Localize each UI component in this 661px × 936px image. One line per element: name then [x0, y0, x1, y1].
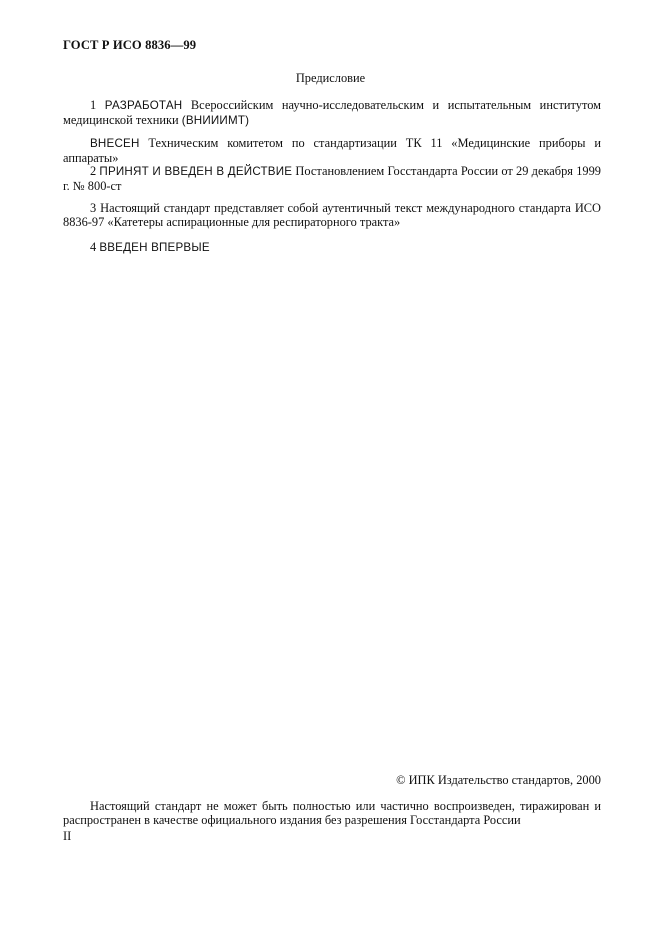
section-first-introduced: 4 ВВЕДЕН ВПЕРВЫЕ: [63, 240, 601, 255]
section-text: Настоящий стандарт представляет собой ау…: [63, 201, 601, 229]
section-number: 3: [90, 201, 96, 215]
section-submitted-by: ВНЕСЕН Техническим комитетом по стандарт…: [63, 136, 601, 165]
section-text: Техническим комитетом по стандартизации …: [63, 136, 601, 165]
reproduction-notice: Настоящий стандарт не может быть полност…: [63, 799, 601, 827]
section-lead: ВНЕСЕН: [90, 137, 140, 150]
section-number: 1: [90, 98, 96, 112]
section-lead: РАЗРАБОТАН: [105, 99, 183, 112]
copyright-notice: © ИПК Издательство стандартов, 2000: [396, 773, 601, 787]
section-title-foreword: Предисловие: [0, 71, 661, 85]
section-lead: ВВЕДЕН ВПЕРВЫЕ: [99, 241, 209, 254]
section-developed-by: 1 РАЗРАБОТАН Всероссийским научно-исслед…: [63, 98, 601, 128]
document-code: ГОСТ Р ИСО 8836—99: [63, 38, 196, 52]
section-number: 2: [90, 164, 96, 178]
section-tail: (ВНИИИМТ): [182, 114, 249, 127]
section-lead: ПРИНЯТ И ВВЕДЕН В ДЕЙСТВИЕ: [99, 165, 292, 178]
section-number: 4: [90, 240, 96, 254]
section-adopted: 2 ПРИНЯТ И ВВЕДЕН В ДЕЙСТВИЕ Постановлен…: [63, 164, 601, 193]
page-number: II: [63, 829, 71, 843]
section-authentic-text: 3 Настоящий стандарт представляет собой …: [63, 201, 601, 229]
